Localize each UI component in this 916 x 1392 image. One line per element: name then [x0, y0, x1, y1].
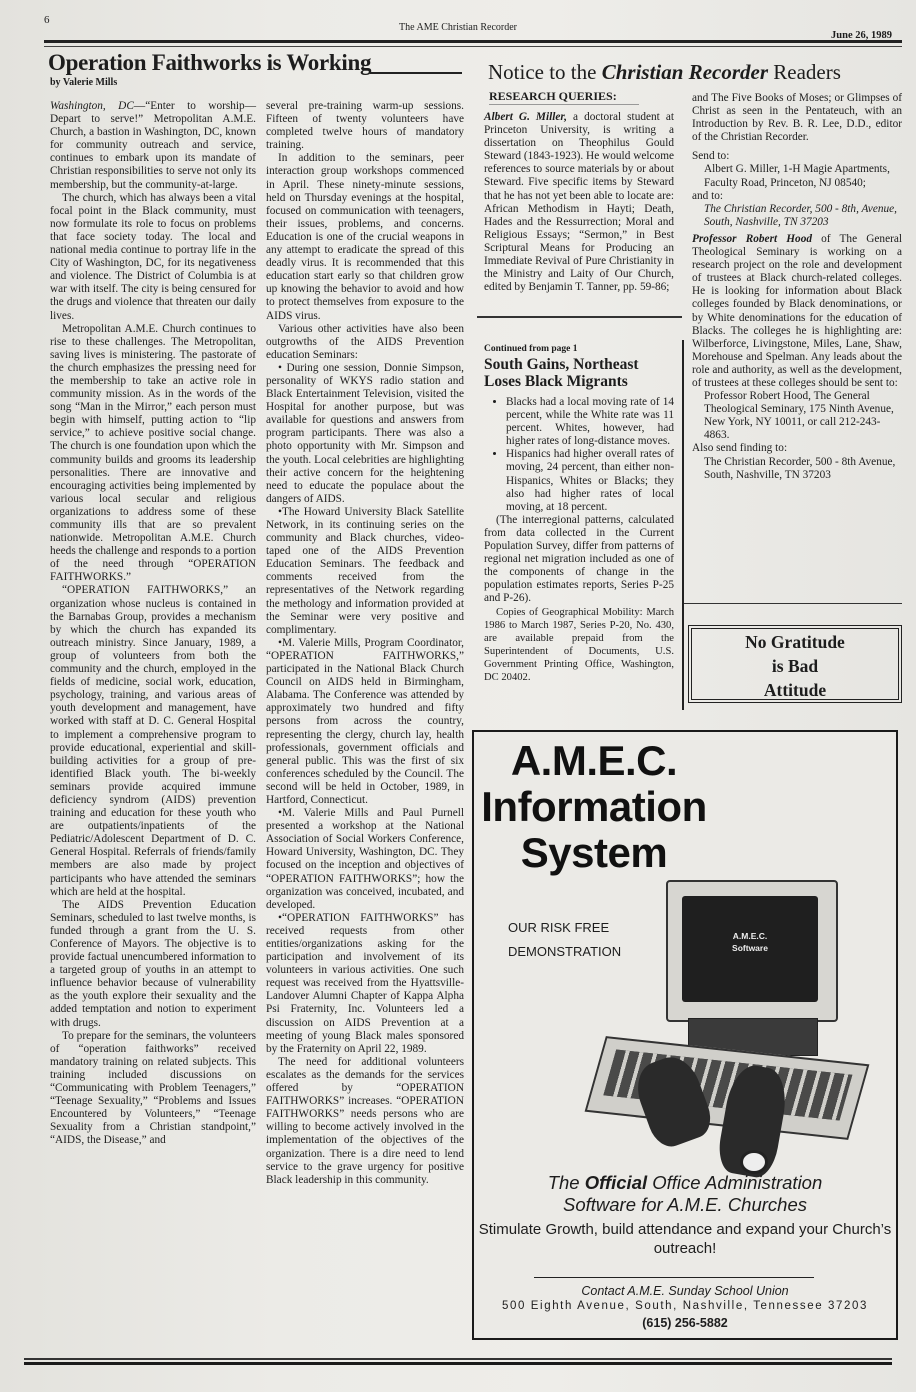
- newspaper-page: 6 The AME Christian Recorder June 26, 19…: [0, 0, 916, 1392]
- article-paragraph: •“OPERATION FAITHWORKS” has received req…: [266, 912, 464, 1056]
- article-byline: by Valerie Mills: [50, 77, 117, 88]
- notice-column-2: and The Five Books of Moses; or Glimpses…: [692, 92, 902, 482]
- article-paragraph: Various other activities have also been …: [266, 323, 464, 362]
- article-paragraph: •The Howard University Black Satellite N…: [266, 506, 464, 637]
- also-send-label: Also send finding to:: [692, 442, 902, 455]
- ad-contact: Contact A.M.E. Sunday School Union: [474, 1284, 896, 1298]
- miller-query: Albert G. Miller, a doctoral student at …: [484, 111, 674, 294]
- ad-tagline: The Official Office Administration Softw…: [474, 1172, 896, 1216]
- header-rule-thin: [44, 46, 902, 47]
- and-to-label: and to:: [692, 190, 902, 203]
- headline-rule: [370, 72, 462, 74]
- miller-address: Albert G. Miller, 1-H Magie Apartments, …: [692, 163, 902, 189]
- wristwatch-icon: [740, 1150, 768, 1174]
- notice-column-1: Albert G. Miller, a doctoral student at …: [484, 111, 674, 294]
- column-rule: [477, 316, 682, 318]
- footer-rule-thick: [24, 1362, 892, 1365]
- migrants-paragraph: Copies of Geographical Mobility: March 1…: [484, 606, 674, 685]
- article-paragraph: The need for additional volunteers escal…: [266, 1056, 464, 1187]
- article-paragraph: In addition to the seminars, peer intera…: [266, 152, 464, 322]
- article-paragraph: several pre-training warm-up sessions. F…: [266, 100, 464, 152]
- article-column-1: Washington, DC—“Enter to worship—Depart …: [50, 100, 256, 1148]
- bullet-item: Hispanics had higher overall rates of mo…: [506, 448, 674, 513]
- article-column-2: several pre-training warm-up sessions. F…: [266, 100, 464, 1187]
- article-paragraph: “OPERATION FAITHWORKS,” an organization …: [50, 584, 256, 898]
- article-headline: Operation Faithworks is Working: [48, 50, 371, 76]
- header-rule: [44, 40, 902, 43]
- research-queries-heading: RESEARCH QUERIES:: [489, 89, 617, 104]
- article-paragraph: Metropolitan A.M.E. Church continues to …: [50, 323, 256, 585]
- article-paragraph: The church, which has always been a vita…: [50, 192, 256, 323]
- migrants-body: Blacks had a local moving rate of 14 per…: [484, 396, 674, 684]
- gratitude-box: No Gratitude is Bad Attitude: [688, 625, 902, 703]
- send-to-label: Send to:: [692, 150, 902, 163]
- section-rule: [489, 104, 639, 105]
- recorder-address-2: The Christian Recorder, 500 - 8th Avenue…: [692, 456, 902, 482]
- ad-title: A.M.E.C. Information System: [474, 738, 714, 876]
- article-paragraph: •M. Valerie Mills and Paul Purnell prese…: [266, 807, 464, 912]
- recorder-address: The Christian Recorder, 500 - 8th, Avenu…: [692, 203, 902, 229]
- dateline: Washington, DC: [50, 100, 134, 112]
- hood-address: Professor Robert Hood, The General Theol…: [692, 390, 902, 442]
- article-paragraph: • During one session, Donnie Simpson, pe…: [266, 362, 464, 506]
- hood-query: Professor Robert Hood of The General The…: [692, 233, 902, 390]
- monitor-screen: A.M.E.C. Software: [682, 896, 818, 1002]
- footer-rule: [24, 1358, 892, 1360]
- ad-demo-text: OUR RISK FREE DEMONSTRATION: [486, 916, 626, 964]
- article-paragraph: Washington, DC—“Enter to worship—Depart …: [50, 100, 256, 192]
- article-paragraph: The AIDS Prevention Education Seminars, …: [50, 899, 256, 1030]
- miller-query-cont: and The Five Books of Moses; or Glimpses…: [692, 92, 902, 144]
- article-paragraph: To prepare for the seminars, the volunte…: [50, 1030, 256, 1148]
- migrants-bullet-list: Blacks had a local moving rate of 14 per…: [484, 396, 674, 514]
- ad-phone: (615) 256-5882: [474, 1316, 896, 1330]
- continued-label: Continued from page 1: [484, 344, 578, 354]
- publication-name: The AME Christian Recorder: [0, 22, 916, 33]
- notice-headline: Notice to the Christian Recorder Readers: [488, 60, 841, 85]
- ad-address: 500 Eighth Avenue, South, Nashville, Ten…: [474, 1300, 896, 1312]
- column-rule: [682, 603, 902, 604]
- bullet-item: Blacks had a local moving rate of 14 per…: [506, 396, 674, 448]
- ad-stimulate-text: Stimulate Growth, build attendance and e…: [474, 1220, 896, 1258]
- article-paragraph: •M. Valerie Mills, Program Coordinator, …: [266, 637, 464, 807]
- computer-monitor-icon: A.M.E.C. Software: [666, 880, 838, 1022]
- migrants-headline: South Gains, Northeast Loses Black Migra…: [484, 356, 674, 390]
- amec-advertisement: A.M.E.C. Information System OUR RISK FRE…: [472, 730, 898, 1340]
- ad-divider: [534, 1277, 814, 1278]
- migrants-paragraph: (The interregional patterns, calculated …: [484, 514, 674, 606]
